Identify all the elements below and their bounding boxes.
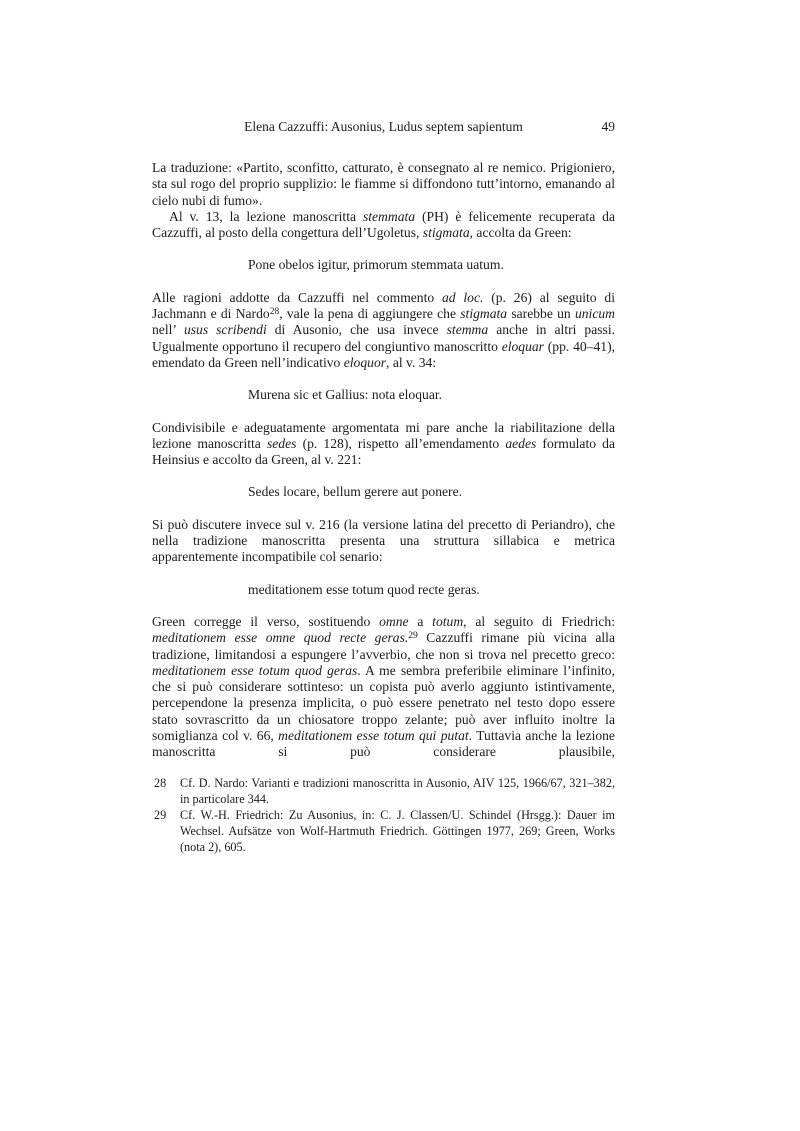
footnote-text: Cf. W.-H. Friedrich: Zu Ausonius, in: C.… [180,808,615,854]
text-column: Elena Cazzuffi: Ausonius, Ludus septem s… [152,119,615,856]
italic-text-run: sedes [267,436,296,451]
italic-text-run: meditationem esse totum quod geras [152,663,357,678]
italic-text-run: stigmata [423,225,470,240]
body-paragraph-2: Al v. 13, la lezione manoscritta stemmat… [152,209,615,242]
italic-text-run: meditationem esse omne quod recte geras. [152,630,408,645]
italic-text-run: meditationem esse totum qui putat [278,728,469,743]
text-run: , al v. 34: [386,355,436,370]
text-run: di Ausonio, che usa invece [267,322,447,337]
text-run: , accolta da Green: [470,225,572,240]
header-title: Elena Cazzuffi: Ausonius, Ludus septem s… [152,119,615,135]
text-run: nell’ [152,322,184,337]
body-paragraph-1: La traduzione: «Partito, sconfitto, catt… [152,160,615,209]
footnote-ref: 28 [270,307,280,317]
verse-quote-3: Sedes locare, bellum gerere aut ponere. [248,484,615,500]
verse-quote-2: Murena sic et Gallius: nota eloquar. [248,387,615,403]
footnote-ref: 29 [408,631,418,641]
text-run: Green corregge il verso, sostituendo [152,614,379,629]
footnote-number: 29 [154,807,166,823]
italic-text-run: omne [379,614,408,629]
text-run: sarebbe un [507,306,575,321]
italic-text-run: stigmata [460,306,507,321]
text-run: , al seguito di Friedrich: [463,614,615,629]
italic-text-run: ad loc. [442,290,483,305]
text-run: (p. 128), rispetto all’emendamento [296,436,505,451]
paper-page: Elena Cazzuffi: Ausonius, Ludus septem s… [0,0,800,1131]
text-run: Al v. 13, la lezione manoscritta [169,209,363,224]
italic-text-run: stemma [447,322,489,337]
italic-text-run: totum [432,614,463,629]
verse-quote-1: Pone obelos igitur, primorum stemmata ua… [248,257,615,273]
verse-quote-4: meditationem esse totum quod recte geras… [248,582,615,598]
italic-text-run: eloquor [344,355,386,370]
italic-text-run: usus scribendi [184,322,267,337]
body-paragraph-3: Alle ragioni addotte da Cazzuffi nel com… [152,290,615,371]
italic-text-run: stemmata [363,209,415,224]
text-run: , vale la pena di aggiungere che [279,306,460,321]
footnotes-section: 28 Cf. D. Nardo: Varianti e tradizioni m… [152,775,615,856]
text-run: Si può discutere invece sul v. 216 (la v… [152,517,615,565]
italic-text-run: aedes [505,436,536,451]
page-number: 49 [602,119,616,135]
running-header: Elena Cazzuffi: Ausonius, Ludus septem s… [152,119,615,135]
text-run: Alle ragioni addotte da Cazzuffi nel com… [152,290,442,305]
body-paragraph-6: Green corregge il verso, sostituendo omn… [152,614,615,761]
text-run: a [409,614,433,629]
text-run: La traduzione: «Partito, sconfitto, catt… [152,160,615,208]
footnote-29: 29 Cf. W.-H. Friedrich: Zu Ausonius, in:… [152,807,615,856]
footnote-text: Cf. D. Nardo: Varianti e tradizioni mano… [180,776,615,806]
footnote-number: 28 [154,775,166,791]
body-paragraph-5: Si può discutere invece sul v. 216 (la v… [152,517,615,566]
italic-text-run: eloquar [502,339,544,354]
footnote-28: 28 Cf. D. Nardo: Varianti e tradizioni m… [152,775,615,807]
body-paragraph-4: Condivisibile e adeguatamente argomentat… [152,420,615,469]
italic-text-run: unicum [575,306,615,321]
